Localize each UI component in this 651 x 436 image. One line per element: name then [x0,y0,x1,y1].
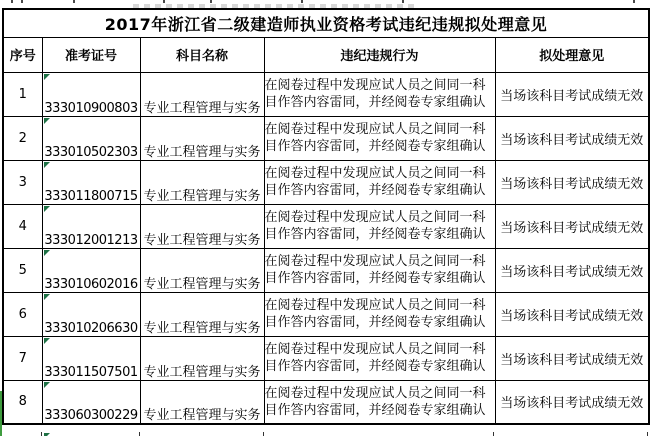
grid-remnant-tick [263,432,264,436]
cell-opinion[interactable]: 当场该科目考试成绩无效 [495,116,649,160]
grid-remnant-tick [163,0,165,3]
number-as-text-marker-icon [44,250,50,256]
cell-subject-name[interactable]: 专业工程管理与实务 [140,336,264,380]
cell-admission-ticket[interactable]: 333010206630 [42,292,140,336]
cell-opinion[interactable]: 当场该科目考试成绩无效 [495,336,649,380]
violations-table: 2017年浙江省二级建造师执业资格考试违纪违规拟处理意见 序号 准考证号 科目名… [2,8,650,425]
cell-violation[interactable]: 在阅卷过程中发现应试人员之间同一科目作答内容雷同，并经阅卷专家组确认 [264,116,495,160]
cell-violation[interactable]: 在阅卷过程中发现应试人员之间同一科目作答内容雷同，并经阅卷专家组确认 [264,204,495,248]
cell-violation[interactable]: 在阅卷过程中发现应试人员之间同一科目作答内容雷同，并经阅卷专家组确认 [264,248,495,292]
cell-admission-ticket[interactable]: 333011507501 [42,336,140,380]
cell-opinion[interactable]: 当场该科目考试成绩无效 [495,72,649,116]
cell-opinion[interactable]: 当场该科目考试成绩无效 [495,380,649,424]
cell-serial-number[interactable]: 2 [3,116,42,160]
cell-violation[interactable]: 在阅卷过程中发现应试人员之间同一科目作答内容雷同，并经阅卷专家组确认 [264,292,495,336]
cell-subject-name[interactable]: 专业工程管理与实务 [140,160,264,204]
cell-admission-ticket[interactable]: 333060300229 [42,380,140,424]
cell-admission-ticket[interactable]: 333010502303 [42,116,140,160]
header-cell-ticket[interactable]: 准考证号 [42,37,140,72]
grid-remnant-tick [210,0,212,3]
table-row: 4 333012001213 专业工程管理与实务 在阅卷过程中发现应试人员之间同… [3,204,649,248]
cell-serial-number[interactable]: 6 [3,292,42,336]
grid-remnant-tick [301,0,303,3]
cell-violation[interactable]: 在阅卷过程中发现应试人员之间同一科目作答内容雷同，并经阅卷专家组确认 [264,336,495,380]
table-row: 7 333011507501 专业工程管理与实务 在阅卷过程中发现应试人员之间同… [3,336,649,380]
cell-serial-number[interactable]: 5 [3,248,42,292]
cell-subject-name[interactable]: 专业工程管理与实务 [140,204,264,248]
grid-remnant-tick [41,432,42,436]
number-as-text-marker-icon [44,74,50,80]
table-body: 1 333010900803 专业工程管理与实务 在阅卷过程中发现应试人员之间同… [3,72,649,424]
selection-edge [0,391,2,436]
cell-serial-number[interactable]: 4 [3,204,42,248]
cell-subject-name[interactable]: 专业工程管理与实务 [140,72,264,116]
grid-remnant-tick [21,0,23,3]
header-cell-subject[interactable]: 科目名称 [140,37,264,72]
table-row: 2 333010502303 专业工程管理与实务 在阅卷过程中发现应试人员之间同… [3,116,649,160]
cell-subject-name[interactable]: 专业工程管理与实务 [140,116,264,160]
table-row: 3 333011800715 专业工程管理与实务 在阅卷过程中发现应试人员之间同… [3,160,649,204]
cell-serial-number[interactable]: 1 [3,72,42,116]
table-row: 8 333060300229 专业工程管理与实务 在阅卷过程中发现应试人员之间同… [3,380,649,424]
number-as-text-marker-icon [44,206,50,212]
header-cell-violation[interactable]: 违纪违规行为 [264,37,495,72]
cell-opinion[interactable]: 当场该科目考试成绩无效 [495,160,649,204]
number-as-text-marker-icon [44,162,50,168]
cell-violation[interactable]: 在阅卷过程中发现应试人员之间同一科目作答内容雷同，并经阅卷专家组确认 [264,380,495,424]
cell-violation[interactable]: 在阅卷过程中发现应试人员之间同一科目作答内容雷同，并经阅卷专家组确认 [264,72,495,116]
cell-subject-name[interactable]: 专业工程管理与实务 [140,248,264,292]
number-as-text-marker-icon [44,294,50,300]
table-row: 5 333010602016 专业工程管理与实务 在阅卷过程中发现应试人员之间同… [3,248,649,292]
grid-remnant-tick [647,432,648,436]
cell-subject-name[interactable]: 专业工程管理与实务 [140,380,264,424]
grid-remnant-tick [73,0,75,3]
number-as-text-marker-icon [44,382,50,388]
cell-admission-ticket[interactable]: 333010602016 [42,248,140,292]
table-row: 6 333010206630 专业工程管理与实务 在阅卷过程中发现应试人员之间同… [3,292,649,336]
cell-opinion[interactable]: 当场该科目考试成绩无效 [495,204,649,248]
grid-remnant-tick [402,0,404,3]
header-row: 序号 准考证号 科目名称 违纪违规行为 拟处理意见 [3,37,649,72]
cell-serial-number[interactable]: 7 [3,336,42,380]
header-cell-no[interactable]: 序号 [3,37,42,72]
cell-violation[interactable]: 在阅卷过程中发现应试人员之间同一科目作答内容雷同，并经阅卷专家组确认 [264,160,495,204]
header-cell-opinion[interactable]: 拟处理意见 [495,37,649,72]
cell-admission-ticket[interactable]: 333011800715 [42,160,140,204]
cell-admission-ticket[interactable]: 333012001213 [42,204,140,248]
table-row: 1 333010900803 专业工程管理与实务 在阅卷过程中发现应试人员之间同… [3,72,649,116]
grid-remnant-tick [493,432,494,436]
grid-remnant-tick [633,0,635,3]
cell-subject-name[interactable]: 专业工程管理与实务 [140,292,264,336]
spreadsheet-view: 2017年浙江省二级建造师执业资格考试违纪违规拟处理意见 序号 准考证号 科目名… [0,0,651,436]
page-title[interactable]: 2017年浙江省二级建造师执业资格考试违纪违规拟处理意见 [3,9,649,37]
cell-serial-number[interactable]: 3 [3,160,42,204]
cell-serial-number[interactable]: 8 [3,380,42,424]
cell-opinion[interactable]: 当场该科目考试成绩无效 [495,292,649,336]
title-row: 2017年浙江省二级建造师执业资格考试违纪违规拟处理意见 [3,9,649,37]
number-as-text-marker-icon [44,118,50,124]
number-as-text-marker-icon [44,338,50,344]
cell-opinion[interactable]: 当场该科目考试成绩无效 [495,248,649,292]
grid-remnant-tick [139,432,140,436]
grid-remnant-tick [11,0,13,3]
cell-admission-ticket[interactable]: 333010900803 [42,72,140,116]
